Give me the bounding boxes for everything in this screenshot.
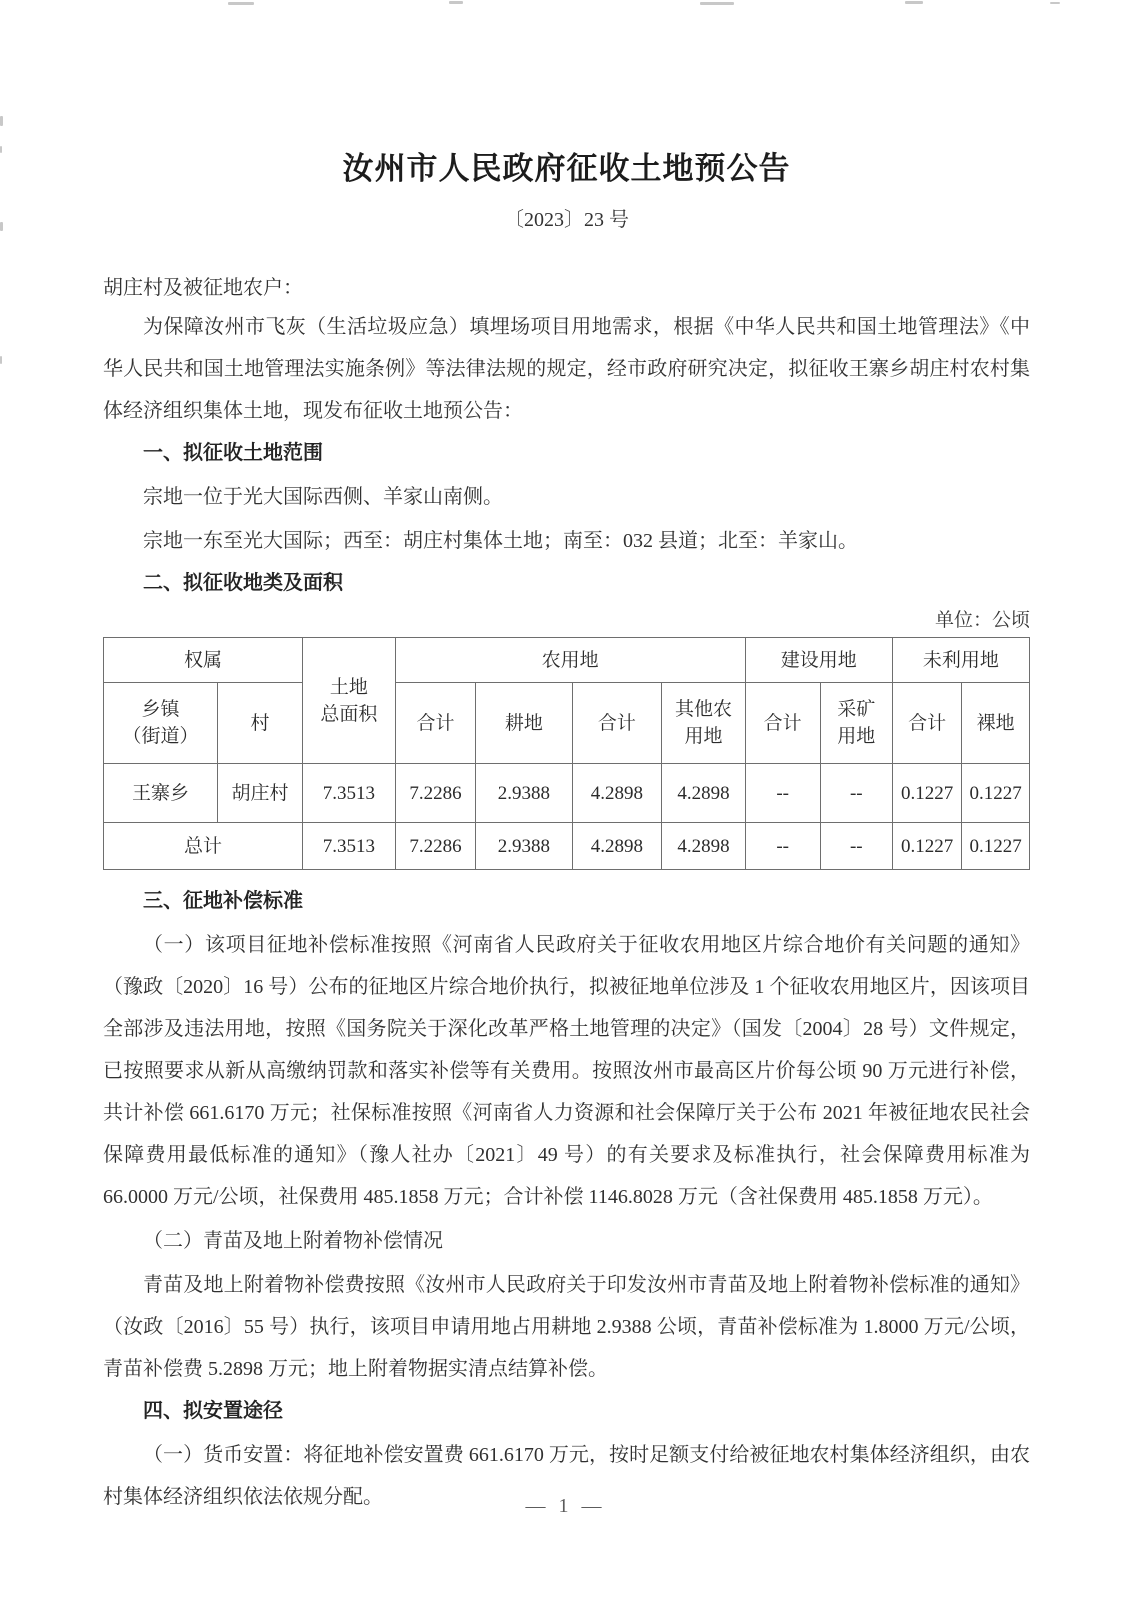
scan-artifact (1050, 2, 1060, 4)
section-4-heading: 四、拟安置途径 (103, 1390, 1030, 1432)
parcel-location-line: 宗地一位于光大国际西侧、羊家山南侧。 (103, 476, 1030, 518)
document-page: 汝州市人民政府征收土地预公告 〔2023〕23 号 胡庄村及被征地农户： 为保障… (0, 0, 1131, 1600)
header-land-total-area-line2: 总面积 (304, 701, 394, 728)
table-total-row: 总计 7.3513 7.2286 2.9388 4.2898 4.2898 --… (104, 823, 1030, 870)
header-agricultural-land: 农用地 (395, 638, 745, 683)
doc-number: 〔2023〕23 号 (103, 206, 1030, 234)
cell-mining: -- (820, 764, 892, 823)
cell-other-agri-subtotal: 4.2898 (572, 764, 662, 823)
header-other-agri-line2: 用地 (663, 723, 743, 750)
header-construction-land: 建设用地 (745, 638, 892, 683)
header-township: 乡镇 （街道） (104, 683, 218, 764)
header-unused-subtotal: 合计 (892, 683, 961, 764)
footer-page-number: — 1 — (0, 1495, 1131, 1518)
header-agri-subtotal: 合计 (395, 683, 476, 764)
cell-agri-subtotal: 7.2286 (395, 764, 476, 823)
header-mining-line2: 用地 (822, 723, 891, 750)
header-land-total-area: 土地 总面积 (303, 638, 396, 764)
table-header-row-1: 权属 土地 总面积 农用地 建设用地 未利用地 (104, 638, 1030, 683)
cell-bare-land: 0.1227 (962, 764, 1030, 823)
table-header-row-2: 乡镇 （街道） 村 合计 耕地 合计 其他农 用地 合计 采矿 用地 合计 裸地 (104, 683, 1030, 764)
total-mining: -- (820, 823, 892, 870)
header-other-agri-land: 其他农 用地 (662, 683, 745, 764)
header-township-line2: （街道） (105, 723, 216, 750)
section-2-heading: 二、拟征收地类及面积 (103, 562, 1030, 604)
header-township-line1: 乡镇 (105, 696, 216, 723)
cell-township: 王寨乡 (104, 764, 218, 823)
scan-artifact (905, 1, 923, 4)
intro-paragraph: 为保障汝州市飞灰（生活垃圾应急）填埋场项目用地需求，根据《中华人民共和国土地管理… (103, 306, 1030, 432)
cell-village: 胡庄村 (217, 764, 302, 823)
header-ownership: 权属 (104, 638, 303, 683)
scan-artifact (0, 222, 3, 231)
compensation-paragraph: （一）该项目征地补偿标准按照《河南省人民政府关于征收农用地区片综合地价有关问题的… (103, 924, 1030, 1218)
scan-artifact (0, 356, 2, 364)
total-agri-subtotal: 7.2286 (395, 823, 476, 870)
cell-other-agri: 4.2898 (662, 764, 745, 823)
header-village: 村 (217, 683, 302, 764)
section-3-heading: 三、征地补偿标准 (103, 880, 1030, 922)
total-bare-land: 0.1227 (962, 823, 1030, 870)
seedling-compensation-paragraph: 青苗及地上附着物补偿费按照《汝州市人民政府关于印发汝州市青苗及地上附着物补偿标准… (103, 1264, 1030, 1390)
total-other-agri: 4.2898 (662, 823, 745, 870)
total-label: 总计 (104, 823, 303, 870)
section-1-heading: 一、拟征收土地范围 (103, 432, 1030, 474)
header-unused-land: 未利用地 (892, 638, 1029, 683)
header-other-agri-line1: 其他农 (663, 696, 743, 723)
cell-cultivated: 2.9388 (476, 764, 572, 823)
header-construction-subtotal: 合计 (745, 683, 820, 764)
header-bare-land: 裸地 (962, 683, 1030, 764)
cell-land-total: 7.3513 (303, 764, 396, 823)
page-title: 汝州市人民政府征收土地预公告 (103, 148, 1030, 190)
unit-note: 单位：公顷 (103, 608, 1030, 634)
header-land-total-area-line1: 土地 (304, 674, 394, 701)
header-cultivated-land: 耕地 (476, 683, 572, 764)
total-other-agri-subtotal: 4.2898 (572, 823, 662, 870)
total-cultivated: 2.9388 (476, 823, 572, 870)
land-area-table: 权属 土地 总面积 农用地 建设用地 未利用地 乡镇 （街道） 村 合计 耕地 … (103, 637, 1030, 870)
header-other-agri-subtotal: 合计 (572, 683, 662, 764)
total-land-total: 7.3513 (303, 823, 396, 870)
salutation: 胡庄村及被征地农户： (103, 272, 1030, 304)
scan-artifact (228, 2, 254, 5)
cell-unused-subtotal: 0.1227 (892, 764, 961, 823)
scan-artifact (449, 1, 463, 4)
total-unused-subtotal: 0.1227 (892, 823, 961, 870)
header-mining-land: 采矿 用地 (820, 683, 892, 764)
table-row: 王寨乡 胡庄村 7.3513 7.2286 2.9388 4.2898 4.28… (104, 764, 1030, 823)
scan-artifact (0, 116, 3, 126)
scan-artifact (0, 146, 2, 153)
section-3-subheading-2: （二）青苗及地上附着物补偿情况 (103, 1220, 1030, 1262)
parcel-boundaries-line: 宗地一东至光大国际；西至：胡庄村集体土地；南至：032 县道；北至：羊家山。 (103, 520, 1030, 562)
scan-artifact (700, 2, 734, 5)
cell-construction-subtotal: -- (745, 764, 820, 823)
header-mining-line1: 采矿 (822, 696, 891, 723)
total-construction-subtotal: -- (745, 823, 820, 870)
